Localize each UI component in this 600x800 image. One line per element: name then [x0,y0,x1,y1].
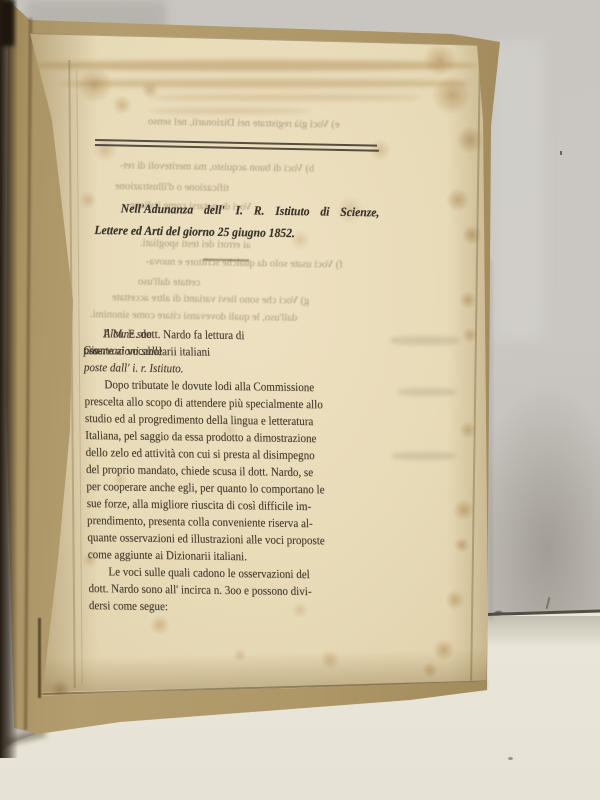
floor-shading [480,616,600,658]
bleedthrough-line: g) Voci che sono lievi varianti di altre… [112,292,309,306]
bleedthrough-line: tificazione o d'illustrazione [115,181,229,194]
body-segment: Giunte ai vocabolarii italiani [83,342,210,361]
photo-of-antique-booklet: e) Voci già registrate nei Dizionarii, n… [0,0,600,800]
body-segment-italic: poste dall' i. r. Istituto. [84,359,184,377]
body-segment: dersi come segue: [89,597,168,615]
spine-shadow [0,0,18,758]
body-segment-italic: pro- [83,342,102,359]
heading-line-2: Lettere ed Arti del giorno 25 giugno 185… [94,219,379,245]
floor-speck [508,757,513,760]
wall-highlight [492,40,544,340]
bleedthrough-smudge [398,388,456,396]
bleedthrough-line: dall'uso, le quali dovevansi citare come… [90,309,297,324]
wall-speck [560,151,562,155]
bleedthrough-line: cettate dall'uso [138,276,200,288]
session-heading: Nell'Adunanza dell' I. R. Istituto di Sc… [94,197,401,246]
body-segment-italic: Alcune sue [103,325,151,343]
bleedthrough-line: e) Voci già registrate nei Dizionarii, n… [148,116,340,130]
cover-page-gap [38,618,41,698]
bleedthrough-line: b) Voci di buon acquisto, ma meritevoli … [120,160,314,174]
corner-shadow [0,0,14,46]
body-text-block: Il M. E. dott. Nardo fa lettura di Alcun… [83,325,411,619]
